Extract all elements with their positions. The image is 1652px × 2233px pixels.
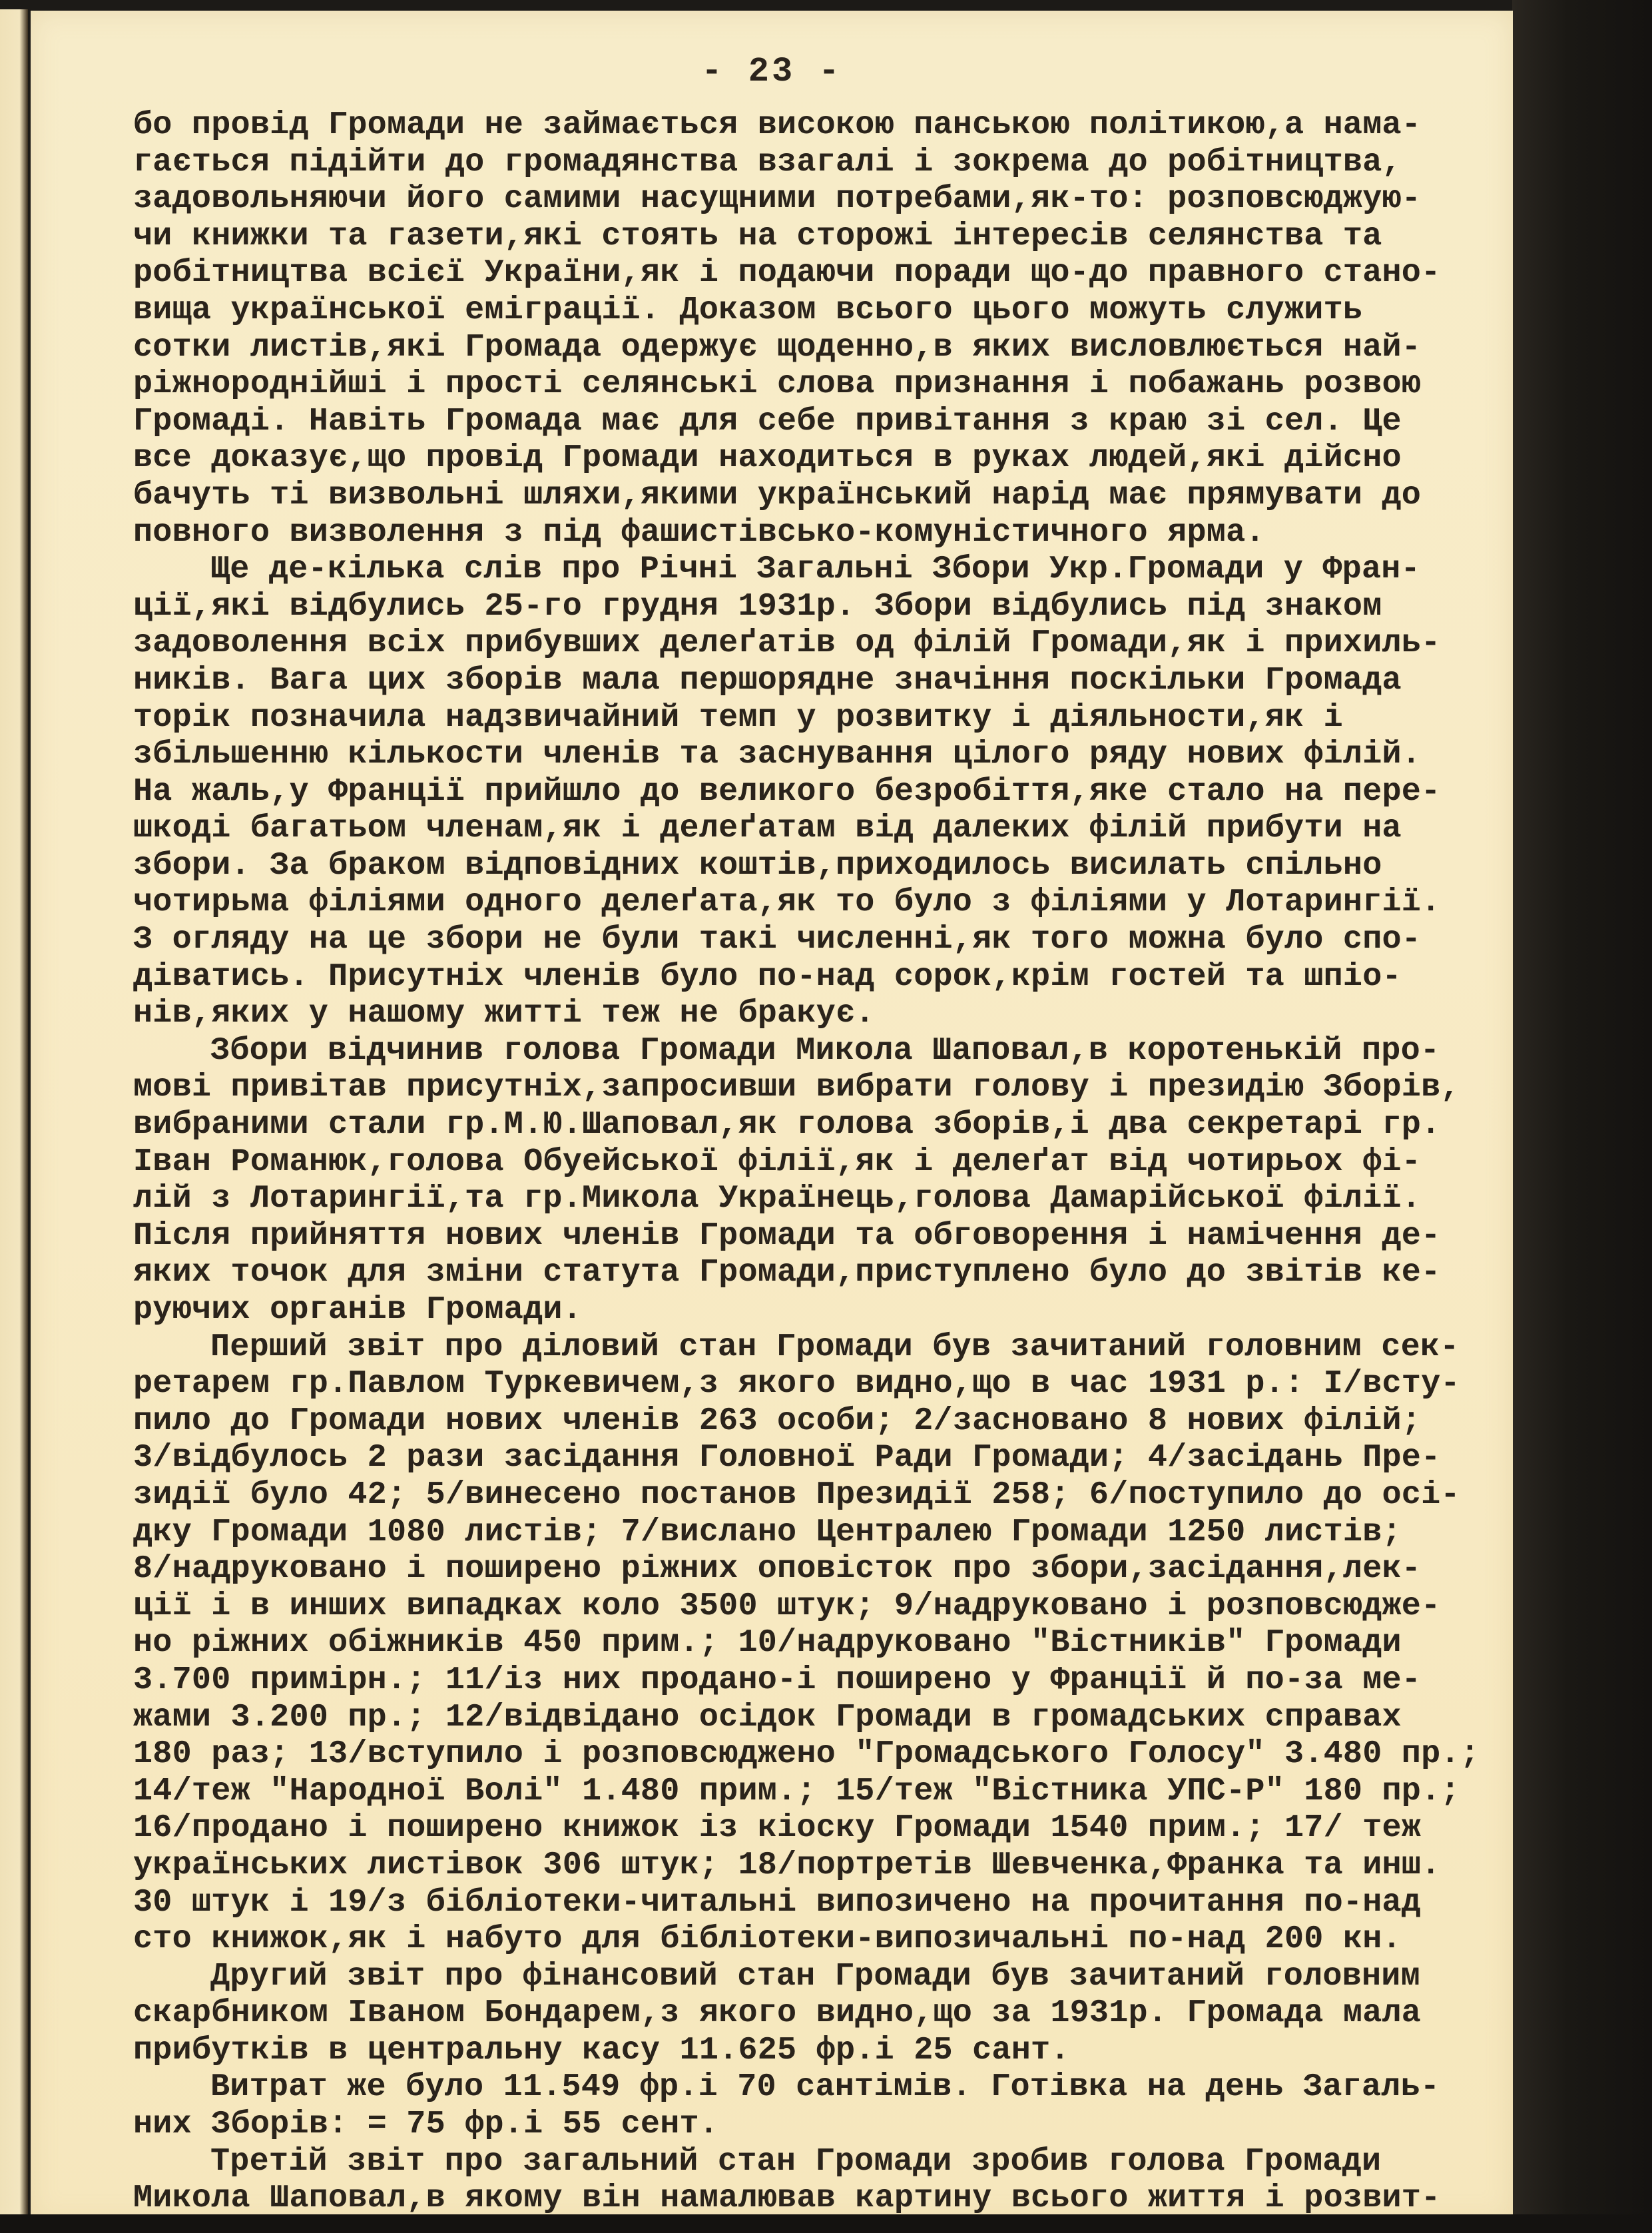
paragraph: Перший звіт про діловий стан Громади був…: [133, 1329, 1518, 1958]
text-line: вибраними стали гр.М.Ю.Шаповал,як голова…: [133, 1106, 1518, 1143]
text-line: збори. За браком відповідних коштів,прих…: [133, 847, 1518, 884]
text-line: 14/теж "Народної Волі" 1.480 прим.; 15/т…: [133, 1773, 1518, 1810]
text-line: Витрат же було 11.549 фр.і 70 сантімів. …: [133, 2069, 1518, 2106]
text-line: зидії було 42; 5/винесено постанов Прези…: [133, 1476, 1518, 1514]
text-line: Перший звіт про діловий стан Громади був…: [133, 1329, 1518, 1366]
text-line: яких точок для зміни статута Громади,при…: [133, 1254, 1518, 1291]
text-line: збільшенню кількости членів та заснуванн…: [133, 736, 1518, 773]
text-line: робітництва всієї України,як і подаючи п…: [133, 254, 1518, 292]
text-line: Після прийняття нових членів Громади та …: [133, 1217, 1518, 1255]
paragraph: Витрат же було 11.549 фр.і 70 сантімів. …: [133, 2069, 1518, 2142]
text-line: діватись. Присутніх членів було по-над с…: [133, 958, 1518, 996]
text-line: ції,які відбулись 25-го грудня 1931р. Зб…: [133, 588, 1518, 625]
paragraph: Другий звіт про фінансовий стан Громади …: [133, 1958, 1518, 2069]
paragraph: Третій звіт про загальний стан Громади з…: [133, 2143, 1518, 2217]
paragraph: Збори відчинив голова Громади Микола Шап…: [133, 1032, 1518, 1329]
text-line: дку Громади 1080 листів; 7/вислано Центр…: [133, 1514, 1518, 1551]
text-line: бачуть ті визвольні шляхи,якими українсь…: [133, 477, 1518, 514]
text-line: Ще де-кілька слів про Річні Загальні Збо…: [133, 551, 1518, 588]
text-line: сто книжок,як і набуто для бібліотеки-ви…: [133, 1921, 1518, 1958]
document-body: бо провід Громади не займається високою …: [133, 107, 1518, 2217]
text-line: мові привітав присутніх,запросивши вибра…: [133, 1069, 1518, 1106]
text-line: ників. Вага цих зборів мала першорядне з…: [133, 662, 1518, 699]
text-line: повного визволення з під фашистівсько-ко…: [133, 514, 1518, 551]
text-line: На жаль,у Франції прийшло до великого бе…: [133, 773, 1518, 810]
page-number: - 23 -: [31, 52, 1513, 91]
text-line: 180 раз; 13/вступило і розповсюджено "Гр…: [133, 1736, 1518, 1773]
text-line: нів,яких у нашому житті теж не бракує.: [133, 995, 1518, 1032]
text-line: ції і в инших випадках коло 3500 штук; 9…: [133, 1588, 1518, 1625]
text-line: торік позначила надзвичайний темп у розв…: [133, 699, 1518, 737]
scan-right-border: [1512, 0, 1652, 2233]
text-line: ретарем гр.Павлом Туркевичем,з якого вид…: [133, 1365, 1518, 1403]
paragraph: Ще де-кілька слів про Річні Загальні Збо…: [133, 551, 1518, 1032]
text-line: Третій звіт про загальний стан Громади з…: [133, 2143, 1518, 2180]
text-line: ріжнороднійші і прості селянські слова п…: [133, 366, 1518, 403]
text-line: Збори відчинив голова Громади Микола Шап…: [133, 1032, 1518, 1070]
text-line: лій з Лотарингії,та гр.Микола Українець,…: [133, 1180, 1518, 1217]
text-line: сотки листів,які Громада одержує щоденно…: [133, 329, 1518, 366]
text-line: но ріжних обіжників 450 прим.; 10/надрук…: [133, 1624, 1518, 1662]
text-line: чотирьма філіями одного делеґата,як то б…: [133, 884, 1518, 921]
text-line: Микола Шаповал,в якому він намалював кар…: [133, 2180, 1518, 2217]
text-line: все доказує,що провід Громади находиться…: [133, 440, 1518, 477]
paragraph: бо провід Громади не займається високою …: [133, 107, 1518, 551]
previous-page-edge: [0, 9, 28, 2233]
scan-bottom-border: [0, 2214, 1652, 2233]
text-line: 3.700 примірн.; 11/із них продано-і поши…: [133, 1662, 1518, 1699]
text-line: Другий звіт про фінансовий стан Громади …: [133, 1958, 1518, 1995]
text-line: Громаді. Навіть Громада має для себе при…: [133, 403, 1518, 440]
text-line: задоволення всіх прибувших делеґатів од …: [133, 625, 1518, 662]
text-line: вища української еміграції. Доказом всьо…: [133, 292, 1518, 329]
text-line: жами 3.200 пр.; 12/відвідано осідок Гром…: [133, 1699, 1518, 1736]
text-line: скарбником Іваном Бондарем,з якого видно…: [133, 1995, 1518, 2032]
text-line: Іван Романюк,голова Обуейської філії,як …: [133, 1143, 1518, 1181]
text-line: чи книжки та газети,які стоять на сторож…: [133, 218, 1518, 255]
text-line: гається підійти до громадянства взагалі …: [133, 144, 1518, 181]
text-line: пило до Громади нових членів 263 особи; …: [133, 1403, 1518, 1440]
text-line: 8/надруковано і поширено ріжних оповісто…: [133, 1550, 1518, 1588]
text-line: З огляду на це збори не були такі числен…: [133, 921, 1518, 958]
text-line: прибутків в центральну касу 11.625 фр.і …: [133, 2032, 1518, 2069]
text-line: 30 штук і 19/з бібліотеки-читальні випоз…: [133, 1884, 1518, 1921]
text-line: руючих органів Громади.: [133, 1291, 1518, 1329]
text-line: бо провід Громади не займається високою …: [133, 107, 1518, 144]
text-line: задовольняючи його самими насущними потр…: [133, 180, 1518, 218]
text-line: них Зборів: = 75 фр.і 55 сент.: [133, 2106, 1518, 2143]
text-line: 3/відбулось 2 рази засідання Головної Ра…: [133, 1439, 1518, 1476]
text-line: шкоді багатьом членам,як і делеґатам від…: [133, 810, 1518, 847]
text-line: українських листівок 306 штук; 18/портре…: [133, 1847, 1518, 1884]
text-line: 16/продано і поширено книжок із кіоску Г…: [133, 1809, 1518, 1847]
